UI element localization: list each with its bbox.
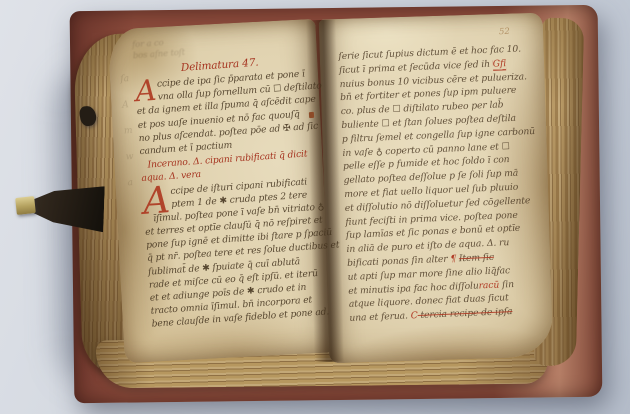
right-page-text: ſerie ſicut ſupius dictum ē et hoc fac 1… <box>338 42 549 328</box>
manuscript-photo: ſaAmwa for a cobos aſne toſt Delimatura … <box>0 0 630 414</box>
red-initial: A <box>134 77 157 104</box>
paragraph-2: A ccipe de iſturi cipani rubificatiptem … <box>142 174 336 332</box>
left-page-text: for a cobos aſne toſt Delimatura 47. A c… <box>132 28 336 332</box>
folio-number: 52 <box>499 27 510 38</box>
red-initial: A <box>142 184 171 218</box>
clasp-brass-tip <box>15 196 36 215</box>
clasp-strap <box>31 184 105 232</box>
paragraph-2-lines: ccipe de iſturi cipani rubificatiptem 1 … <box>142 174 336 332</box>
paragraph-1: A ccipe de ipa ſic p̄parata et pone īvna… <box>135 66 324 158</box>
paragraph-1-lines: ccipe de ipa ſic p̄parata et pone īvna o… <box>135 66 324 158</box>
